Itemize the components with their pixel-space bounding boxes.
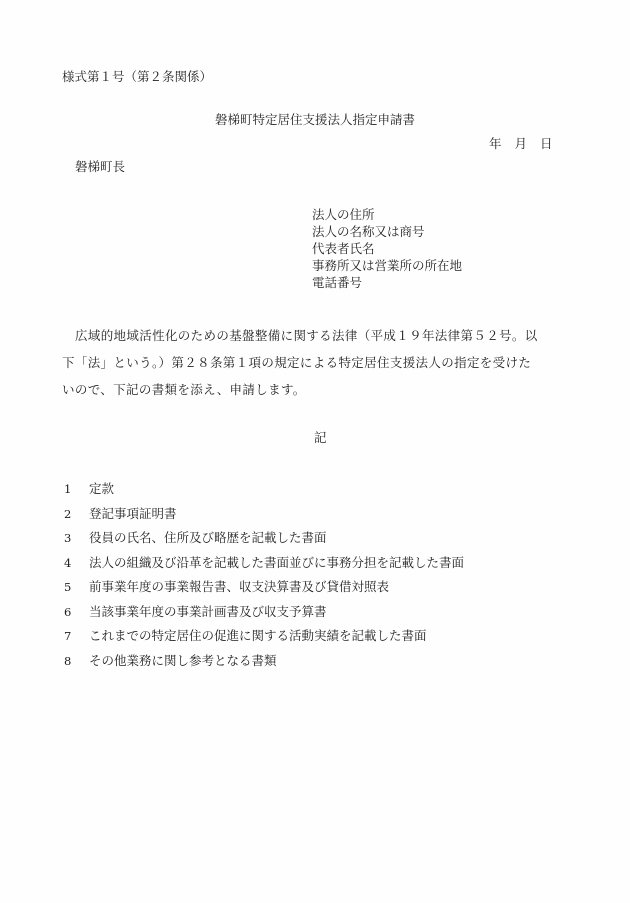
- list-item: 6 当該事業年度の事業計画書及び収支予算書: [62, 600, 464, 625]
- item-number: 4: [62, 551, 89, 576]
- list-item: 2 登記事項証明書: [62, 502, 464, 527]
- applicant-address-label: 法人の住所: [312, 206, 462, 223]
- attachment-list: 1 定款 2 登記事項証明書 3 役員の氏名、住所及び略歴を記載した書面 4 法…: [62, 477, 464, 673]
- item-number: 7: [62, 624, 89, 649]
- body-line: 広域的地域活性化のための基盤整備に関する法律（平成１９年法律第５２号。以: [62, 322, 580, 349]
- item-number: 2: [62, 502, 89, 527]
- form-number: 様式第１号（第２条関係）: [62, 67, 212, 85]
- list-item: 5 前事業年度の事業報告書、収支決算書及び貸借対照表: [62, 575, 464, 600]
- item-text: 登記事項証明書: [89, 502, 177, 527]
- item-number: 5: [62, 575, 89, 600]
- item-text: 定款: [89, 477, 114, 502]
- date-month-label: 月: [515, 134, 528, 152]
- application-body: 広域的地域活性化のための基盤整備に関する法律（平成１９年法律第５２号。以 下「法…: [62, 322, 580, 403]
- date-day-label: 日: [540, 134, 553, 152]
- representative-name-label: 代表者氏名: [312, 240, 462, 257]
- phone-number-label: 電話番号: [312, 274, 462, 291]
- item-text: 役員の氏名、住所及び略歴を記載した書面: [89, 526, 327, 551]
- document-title: 磐梯町特定居住支援法人指定申請書: [215, 110, 415, 128]
- body-line: 下「法」という。）第２８条第１項の規定による特定居住支援法人の指定を受けた: [62, 349, 580, 376]
- item-number: 1: [62, 477, 89, 502]
- item-text: 法人の組織及び沿革を記載した書面並びに事務分担を記載した書面: [89, 551, 464, 576]
- office-location-label: 事務所又は営業所の所在地: [312, 257, 462, 274]
- applicant-name-label: 法人の名称又は商号: [312, 223, 462, 240]
- addressee: 磐梯町長: [75, 157, 125, 175]
- list-item: 4 法人の組織及び沿革を記載した書面並びに事務分担を記載した書面: [62, 551, 464, 576]
- applicant-fields: 法人の住所 法人の名称又は商号 代表者氏名 事務所又は営業所の所在地 電話番号: [312, 206, 462, 291]
- date-line: 年月日: [489, 134, 553, 152]
- date-year-label: 年: [489, 134, 502, 152]
- body-line: いので、下記の書類を添え、申請します。: [62, 376, 580, 403]
- item-text: 前事業年度の事業報告書、収支決算書及び貸借対照表: [89, 575, 389, 600]
- ki-heading: 記: [314, 428, 327, 446]
- list-item: 7 これまでの特定居住の促進に関する活動実績を記載した書面: [62, 624, 464, 649]
- list-item: 1 定款: [62, 477, 464, 502]
- document-page: 様式第１号（第２条関係） 磐梯町特定居住支援法人指定申請書 年月日 磐梯町長 法…: [0, 0, 630, 903]
- item-number: 3: [62, 526, 89, 551]
- item-text: 当該事業年度の事業計画書及び収支予算書: [89, 600, 327, 625]
- list-item: 3 役員の氏名、住所及び略歴を記載した書面: [62, 526, 464, 551]
- list-item: 8 その他業務に関し参考となる書類: [62, 649, 464, 674]
- item-number: 6: [62, 600, 89, 625]
- item-text: これまでの特定居住の促進に関する活動実績を記載した書面: [89, 624, 427, 649]
- item-text: その他業務に関し参考となる書類: [89, 649, 277, 674]
- item-number: 8: [62, 649, 89, 674]
